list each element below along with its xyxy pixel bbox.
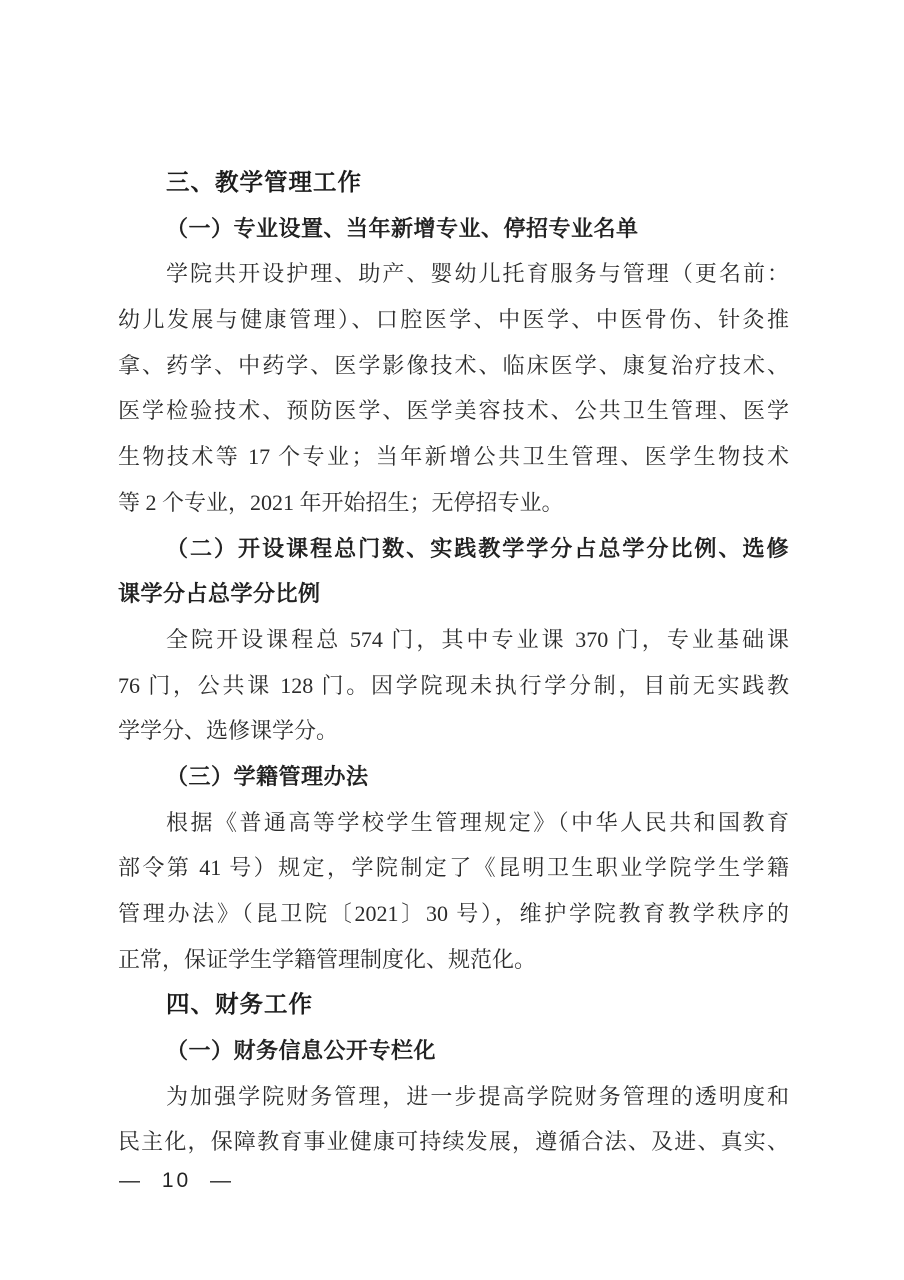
page-number: — 10 — <box>119 1166 234 1196</box>
body-text-line: 幼儿发展与健康管理）、口腔医学、中医学、中医骨伤、针灸推 <box>118 297 789 343</box>
body-text-line: 生物技术等 17 个专业；当年新增公共卫生管理、医学生物技术 <box>118 434 789 480</box>
body-text-line: 部令第 41 号）规定，学院制定了《昆明卫生职业学院学生学籍 <box>118 845 789 891</box>
body-text-line: 等 2 个专业，2021 年开始招生；无停招专业。 <box>118 480 789 526</box>
body-text-line: 全院开设课程总 574 门，其中专业课 370 门，专业基础课 <box>118 617 789 663</box>
page-content: 三、教学管理工作 （一）专业设置、当年新增专业、停招专业名单 学院共开设护理、助… <box>118 160 789 1165</box>
body-text-line: 拿、药学、中药学、医学影像技术、临床医学、康复治疗技术、 <box>118 343 789 389</box>
body-text-line: 学学分、选修课学分。 <box>118 708 789 754</box>
subsection-heading-3-3: （三）学籍管理办法 <box>118 754 789 800</box>
body-text-line: 学院共开设护理、助产、婴幼儿托育服务与管理（更名前： <box>118 251 789 297</box>
body-text-line: 医学检验技术、预防医学、医学美容技术、公共卫生管理、医学 <box>118 388 789 434</box>
body-text-line: 正常，保证学生学籍管理制度化、规范化。 <box>118 937 789 983</box>
body-text-line: 民主化，保障教育事业健康可持续发展，遵循合法、及进、真实、 <box>118 1119 789 1165</box>
subsection-heading-3-1: （一）专业设置、当年新增专业、停招专业名单 <box>118 206 789 252</box>
subsection-heading-3-2-b: 课学分占总学分比例 <box>118 571 789 617</box>
subsection-heading-4-1: （一）财务信息公开专栏化 <box>118 1028 789 1074</box>
body-text-line: 为加强学院财务管理，进一步提高学院财务管理的透明度和 <box>118 1074 789 1120</box>
body-text-line: 管理办法》（昆卫院〔2021〕30 号），维护学院教育教学秩序的 <box>118 891 789 937</box>
document-page: 三、教学管理工作 （一）专业设置、当年新增专业、停招专业名单 学院共开设护理、助… <box>0 0 904 1280</box>
section-heading-4: 四、财务工作 <box>118 982 789 1028</box>
subsection-heading-3-2-a: （二）开设课程总门数、实践教学学分占总学分比例、选修 <box>118 526 789 572</box>
body-text-line: 76 门，公共课 128 门。因学院现未执行学分制，目前无实践教 <box>118 663 789 709</box>
section-heading-3: 三、教学管理工作 <box>118 160 789 206</box>
page-number-label: — 10 — <box>119 1169 234 1192</box>
body-text-line: 根据《普通高等学校学生管理规定》（中华人民共和国教育 <box>118 800 789 846</box>
